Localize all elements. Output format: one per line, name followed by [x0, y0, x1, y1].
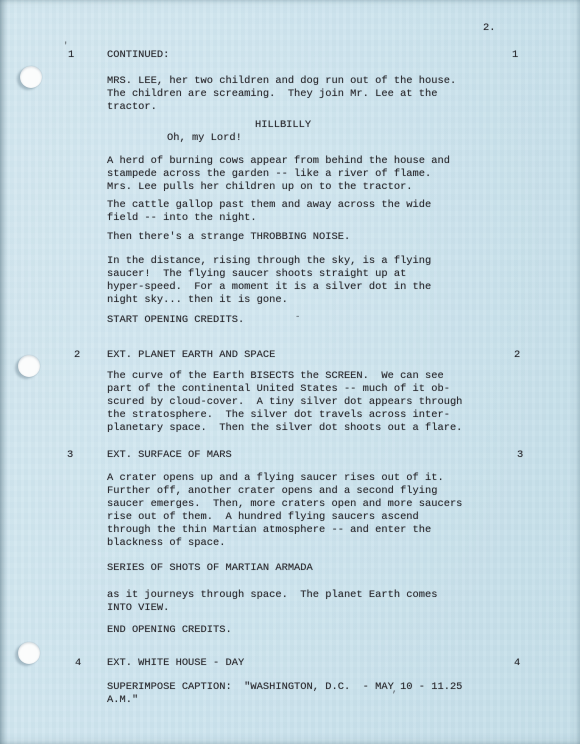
- action-block: Then there's a strange THROBBING NOISE.: [107, 231, 350, 244]
- stray-mark: ,: [392, 684, 397, 697]
- action-block: MRS. LEE, her two children and dog run o…: [107, 75, 456, 114]
- stray-mark: ': [63, 40, 68, 53]
- action-block: In the distance, rising through the sky,…: [107, 255, 431, 307]
- scene-number-right: 2: [514, 349, 520, 362]
- character-cue: HILLBILLY: [255, 119, 311, 132]
- dialogue-line: Oh, my Lord!: [167, 132, 242, 145]
- action-block: as it journeys through space. The planet…: [107, 589, 437, 615]
- action-block: A herd of burning cows appear from behin…: [107, 155, 450, 194]
- scene-number-left: 4: [75, 657, 81, 670]
- action-block: The curve of the Earth BISECTS the SCREE…: [107, 370, 462, 435]
- scene-number-left: 3: [67, 449, 73, 462]
- punch-hole-top: [20, 66, 42, 88]
- scene-heading: EXT. PLANET EARTH AND SPACE: [107, 349, 275, 362]
- screenplay-page: 2. 1 CONTINUED: 1 MRS. LEE, her two chil…: [0, 0, 580, 744]
- scene-heading: CONTINUED:: [107, 49, 169, 62]
- transition-note: END OPENING CREDITS.: [107, 624, 232, 637]
- stray-mark: -: [295, 311, 300, 324]
- action-block: The cattle gallop past them and away acr…: [107, 199, 431, 225]
- scene-number-right: 3: [517, 449, 523, 462]
- punch-hole-middle: [18, 355, 40, 377]
- shot-heading: SERIES OF SHOTS OF MARTIAN ARMADA: [107, 562, 313, 575]
- scene-number-left: 2: [74, 349, 80, 362]
- scene-number-right: 1: [512, 49, 518, 62]
- scene-number-left: 1: [68, 49, 74, 62]
- page-number: 2.: [483, 22, 495, 35]
- transition-note: START OPENING CREDITS.: [107, 314, 244, 327]
- action-block: A crater opens up and a flying saucer ri…: [107, 472, 462, 550]
- scene-heading: EXT. WHITE HOUSE - DAY: [107, 657, 244, 670]
- caption-block: SUPERIMPOSE CAPTION: "WASHINGTON, D.C. -…: [107, 681, 462, 707]
- scene-number-right: 4: [514, 657, 520, 670]
- punch-hole-bottom: [18, 642, 40, 664]
- scene-heading: EXT. SURFACE OF MARS: [107, 449, 232, 462]
